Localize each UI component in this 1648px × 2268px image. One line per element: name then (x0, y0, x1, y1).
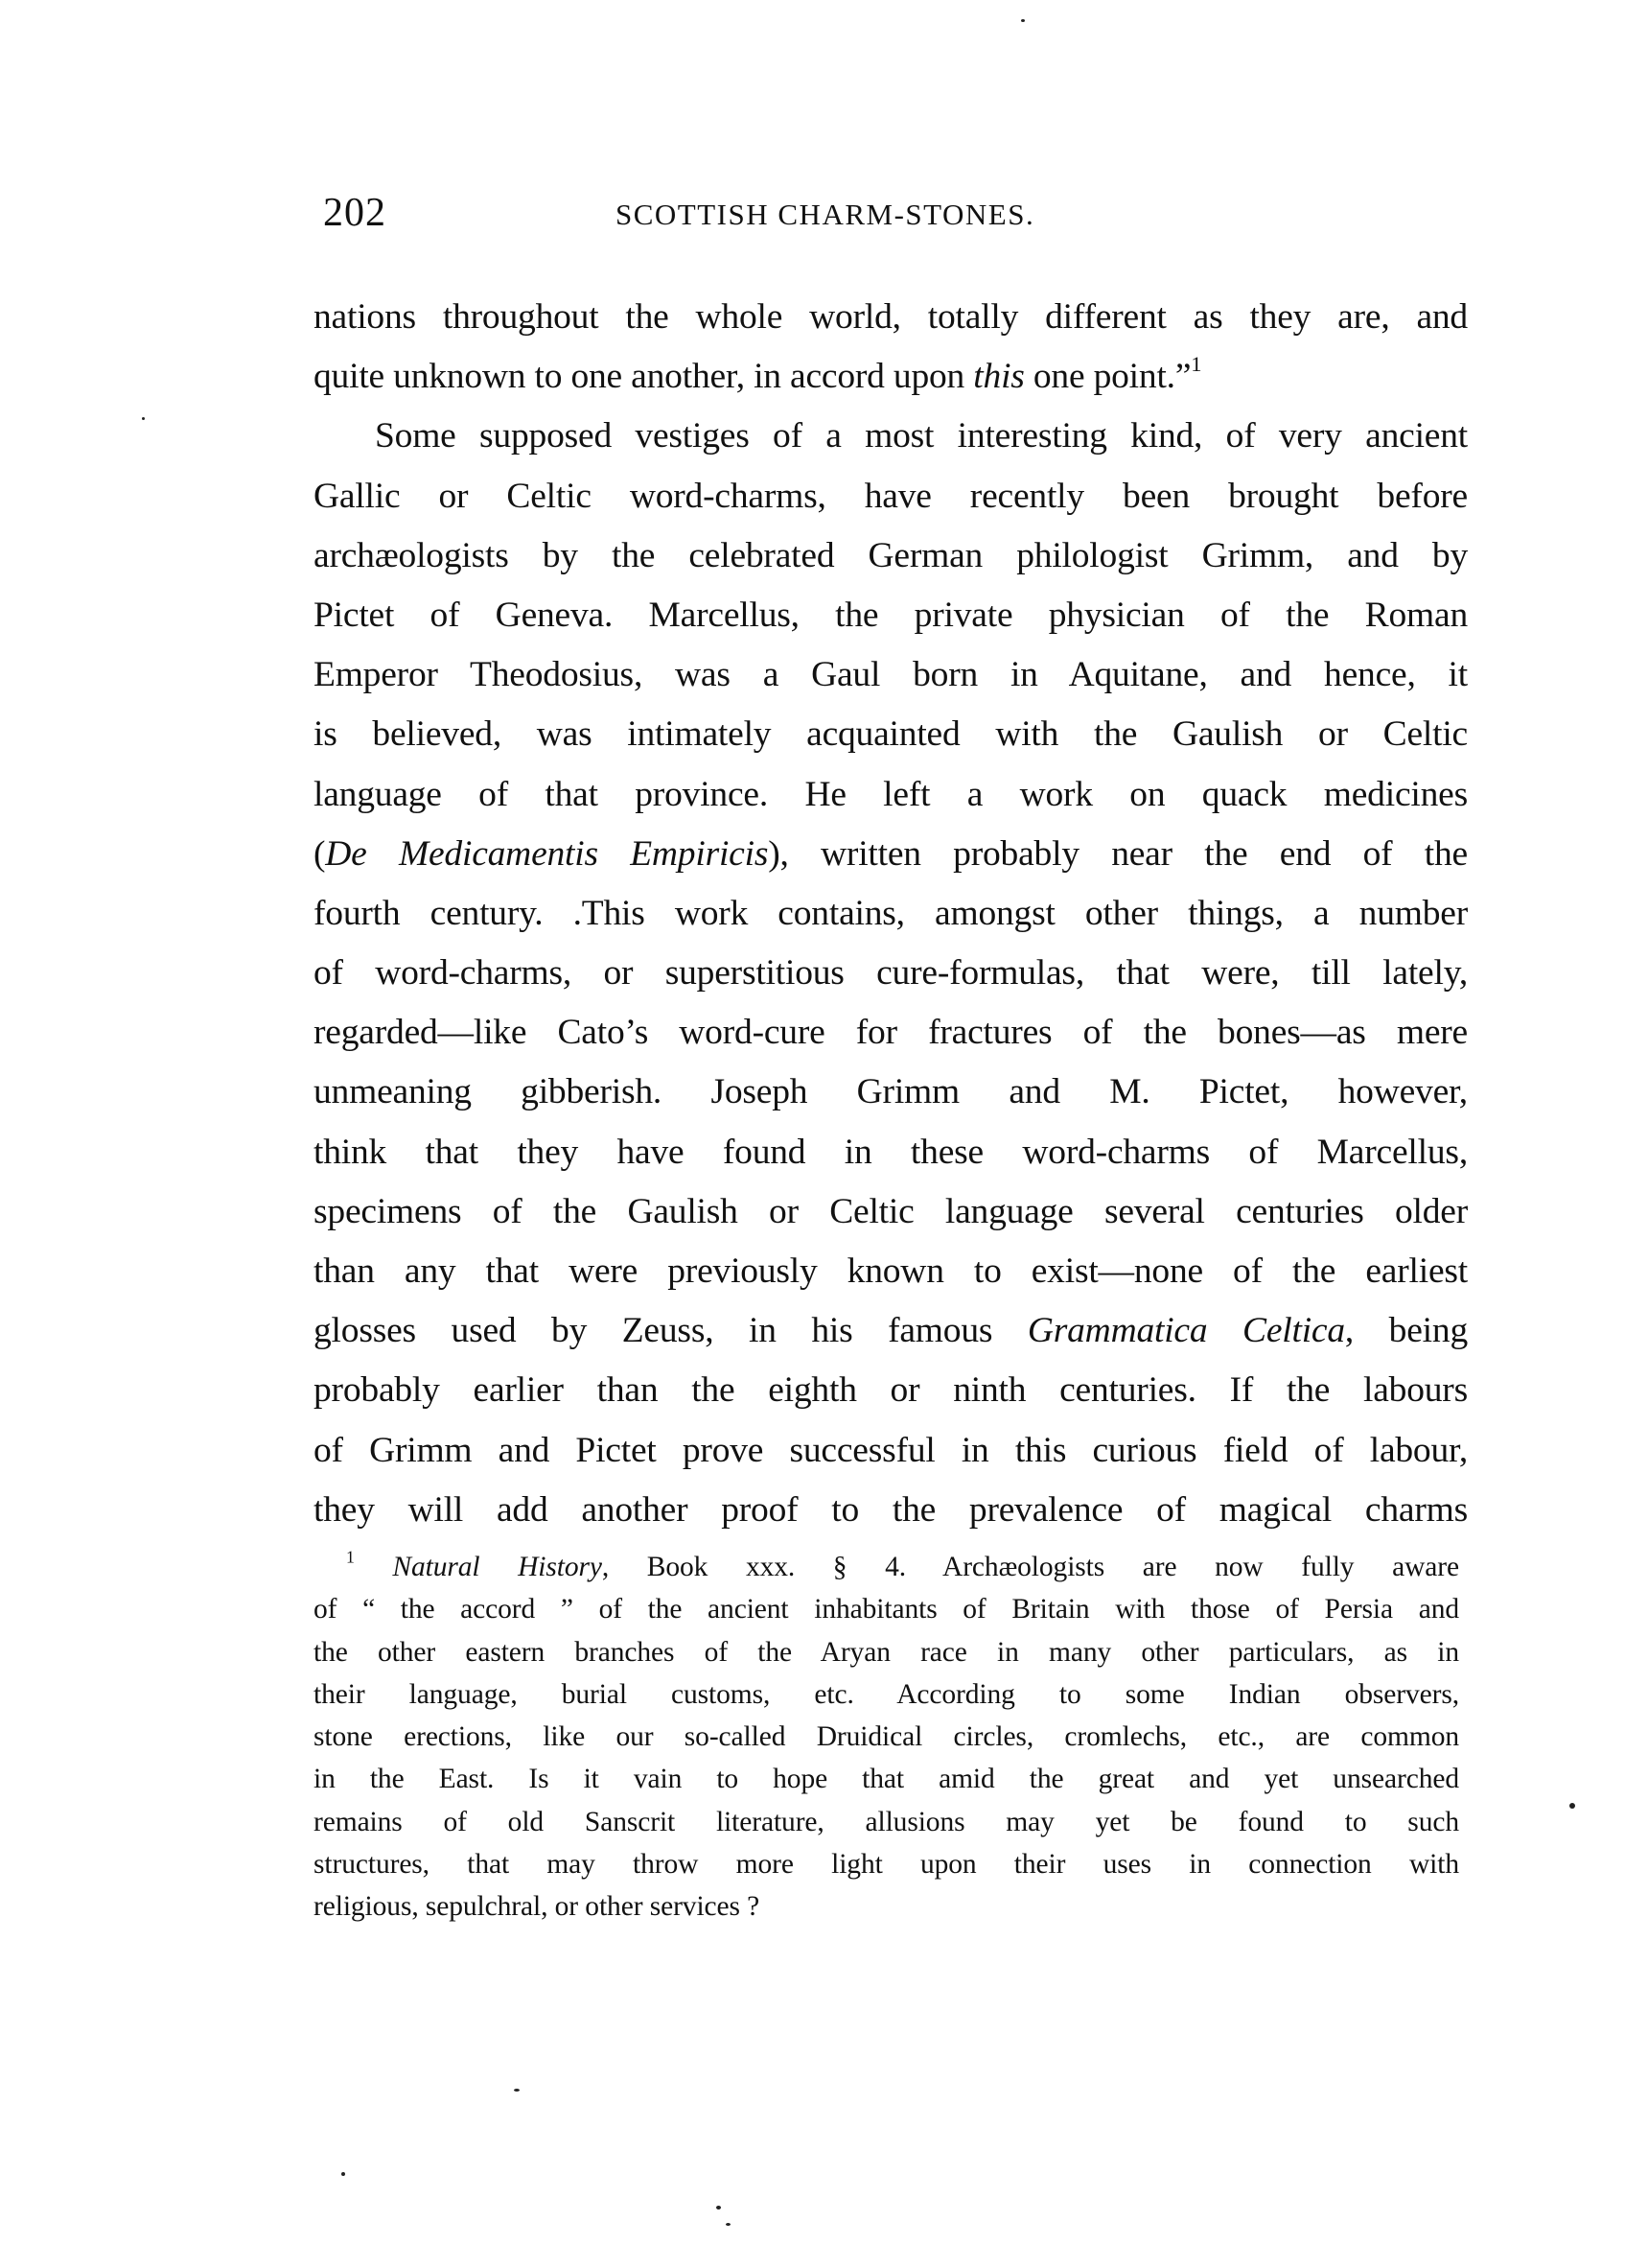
footnote-line: of “ the accord ” of the ancient inhabit… (313, 1588, 1459, 1630)
footnote: 1 Natural History, Book xxx. § 4. Archæo… (313, 1546, 1459, 1929)
footnote-line: in the East. Is it vain to hope that ami… (313, 1758, 1459, 1800)
scan-speck (1569, 1803, 1575, 1809)
book-title: De Medicamentis Empiricis (325, 834, 768, 874)
scan-speck (1021, 19, 1025, 22)
book-title: Grammatica Celtica (1028, 1311, 1345, 1350)
body-line: regarded—like Cato’s word-cure for fract… (313, 1003, 1468, 1063)
emphasis: this (973, 357, 1024, 396)
footnote-line: remains of old Sanscrit literature, allu… (313, 1801, 1459, 1843)
body-line: quite unknown to one another, in accord … (313, 347, 1468, 407)
body-line: than any that were previously known to e… (313, 1242, 1468, 1301)
body-line: language of that province. He left a wor… (313, 765, 1468, 825)
body-line: unmeaning gibberish. Joseph Grimm and M.… (313, 1063, 1468, 1122)
body-line: Pictet of Geneva. Marcellus, the private… (313, 586, 1468, 645)
body-line: probably earlier than the eighth or nint… (313, 1361, 1468, 1420)
footnote-marker: 1 (346, 1548, 355, 1567)
body-line: specimens of the Gaulish or Celtic langu… (313, 1182, 1468, 1242)
body-line: they will add another proof to the preva… (313, 1481, 1468, 1540)
footnote-line: the other eastern branches of the Aryan … (313, 1631, 1459, 1673)
scan-speck (726, 2223, 731, 2226)
book-page: 202 SCOTTISH CHARM-STONES. nations throu… (0, 0, 1648, 2268)
footnote-line: structures, that may throw more light up… (313, 1843, 1459, 1885)
body-text: nations throughout the whole world, tota… (313, 288, 1468, 1540)
body-line: fourth century. .This work contains, amo… (313, 884, 1468, 944)
footnote-line: 1 Natural History, Book xxx. § 4. Archæo… (313, 1546, 1459, 1588)
book-title: Natural History (392, 1552, 602, 1582)
body-line: of word-charms, or superstitious cure-fo… (313, 944, 1468, 1003)
running-title: SCOTTISH CHARM-STONES. (615, 198, 1034, 232)
body-line: glosses used by Zeuss, in his famous Gra… (313, 1301, 1468, 1361)
scan-speck (716, 2206, 721, 2210)
body-line: Emperor Theodosius, was a Gaul born in A… (313, 645, 1468, 705)
page-number: 202 (323, 190, 386, 236)
body-line: nations throughout the whole world, tota… (313, 288, 1468, 347)
footnote-line: their language, burial customs, etc. Acc… (313, 1673, 1459, 1716)
body-line: (De Medicamentis Empiricis), written pro… (313, 825, 1468, 884)
scan-speck (341, 2172, 345, 2176)
footnote-line: stone erections, like our so-called Drui… (313, 1716, 1459, 1758)
body-line: is believed, was intimately acquainted w… (313, 705, 1468, 764)
scan-speck (142, 417, 145, 420)
footnote-line: religious, sepulchral, or other services… (313, 1885, 1459, 1928)
scan-speck (514, 2089, 520, 2092)
body-line: Gallic or Celtic word-charms, have recen… (313, 467, 1468, 526)
body-line: think that they have found in these word… (313, 1123, 1468, 1182)
body-line: Some supposed vestiges of a most interes… (313, 407, 1468, 466)
footnote-ref: 1 (1191, 352, 1201, 376)
body-line: of Grimm and Pictet prove successful in … (313, 1421, 1468, 1481)
page-header: 202 SCOTTISH CHARM-STONES. (323, 190, 1464, 238)
body-line: archæologists by the celebrated German p… (313, 526, 1468, 586)
